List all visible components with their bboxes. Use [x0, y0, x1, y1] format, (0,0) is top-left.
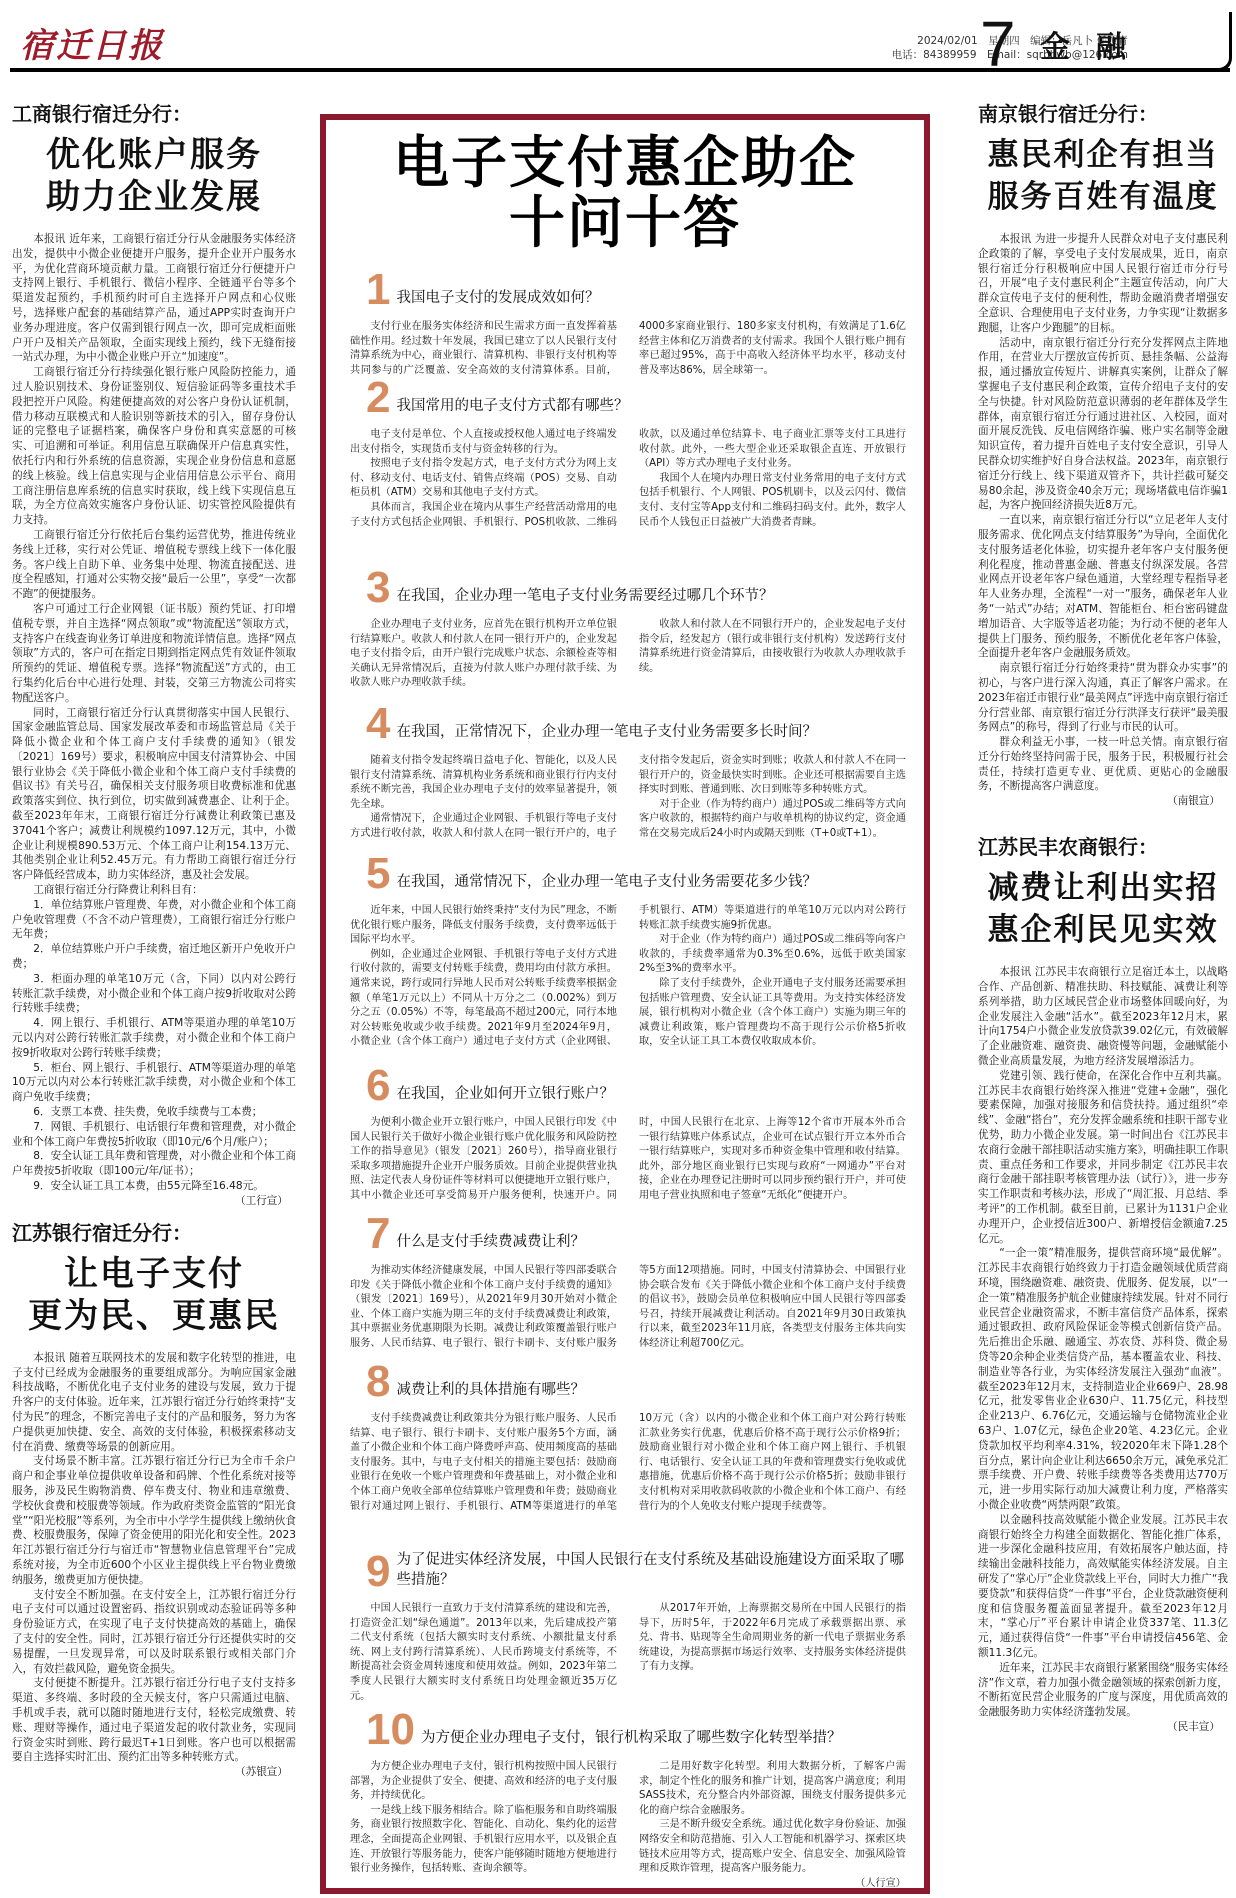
qa-item-3: 3在我国，企业办理一笔电子支付业务需要经过哪几个环节？ 企业办理电子支付业务，应…: [350, 568, 906, 691]
masthead: 宿迁日报 2024/02/01 星期四 编辑：岳凡卜 任照青 电话：843899…: [0, 0, 1236, 80]
left-column: 工商银行宿迁分行： 优化账户服务 助力企业发展 本报讯 近年来，工商银行宿迁分行…: [12, 100, 296, 1780]
qa-item-1: 1我国电子支付的发展成效如何？ 支付行业在服务实体经济和民生需求方面一直发挥着基…: [350, 270, 906, 378]
qa-question: 在我国，通常情况下，企业办理一笔电子支付业务需要花多少钱？: [396, 872, 817, 894]
qa-answer: 随着支付指令发起终端日益电子化、智能化，以及人民银行支付清算系统、清算机构业务系…: [350, 754, 906, 842]
qa-item-7: 7什么是支付手续费减费让利？ 为推动实体经济健康发展，中国人民银行等四部委联合印…: [350, 1214, 906, 1352]
qa-question: 减费让利的具体措施有哪些？: [396, 1380, 585, 1402]
qa-item-2: 2我国常用的电子支付方式都有哪些？ 电子支付是单位、个人直接或授权他人通过电子终…: [350, 378, 906, 530]
feature-qa-box: 电子支付惠企助企 十问十答 1我国电子支付的发展成效如何？ 支付行业在服务实体经…: [320, 114, 930, 1894]
article-headline: 优化账户服务 助力企业发展: [12, 134, 296, 218]
qa-number: 9: [366, 1552, 390, 1592]
qa-number: 4: [366, 704, 390, 744]
qa-question: 在我国，企业办理一笔电子支付业务需要经过哪几个环节？: [396, 586, 773, 608]
article-credit: （工行宣）: [12, 1194, 296, 1209]
article-kicker: 工商银行宿迁分行：: [12, 100, 296, 128]
article-headline: 惠民利企有担当 服务百姓有温度: [978, 134, 1228, 218]
qa-question: 什么是支付手续费减费让利？: [396, 1232, 585, 1254]
qa-item-8: 8减费让利的具体措施有哪些？ 支付手续费减费让利政策共分为银行账户服务、人民币结…: [350, 1362, 906, 1514]
feature-title: 电子支付惠企助企 十问十答: [326, 134, 924, 254]
qa-item-6: 6在我国，企业如何开立银行账户？ 为便利小微企业开立银行账户，中国人民银行印发《…: [350, 1066, 906, 1204]
qa-question: 我国常用的电子支付方式都有哪些？: [396, 396, 628, 418]
qa-number: 10: [366, 1710, 415, 1750]
qa-answer: 支付手续费减费让利政策共分为银行账户服务、人民币结算、电子银行、银行卡刷卡、支付…: [350, 1412, 906, 1514]
qa-item-10: 10为方便企业办理电子支付，银行机构采取了哪些数字化转型举措？ 为方便企业办理电…: [350, 1710, 906, 1891]
article-headline: 让电子支付 更为民、更惠民: [12, 1253, 296, 1337]
article-headline: 减费让利出实招 惠企利民见实效: [978, 867, 1228, 951]
qa-question: 我国电子支付的发展成效如何？: [396, 288, 599, 310]
qa-number: 7: [366, 1214, 390, 1254]
qa-question: 为了促进实体经济发展，中国人民银行在支付系统及基础设施建设方面采取了哪些措施？: [396, 1550, 906, 1592]
qa-item-4: 4在我国，正常情况下，企业办理一笔电子支付业务需要多长时间？ 随着支付指令发起终…: [350, 704, 906, 842]
header-corner-decoration: [1214, 12, 1232, 72]
qa-answer: 近年来，中国人民银行始终秉持“支付为民”理念，不断优化银行账户服务，降低支付服务…: [350, 904, 906, 1050]
qa-answer: 电子支付是单位、个人直接或授权他人通过电子终端发出支付指令，实现货币支付与资金转…: [350, 428, 906, 530]
newspaper-logo: 宿迁日报: [20, 18, 164, 67]
article-icbc: 工商银行宿迁分行： 优化账户服务 助力企业发展 本报讯 近年来，工商银行宿迁分行…: [12, 100, 296, 1209]
article-kicker: 南京银行宿迁分行：: [978, 100, 1228, 128]
qa-question: 在我国，企业如何开立银行账户？: [396, 1084, 614, 1106]
qa-number: 1: [366, 270, 390, 310]
article-credit: （民丰宣）: [978, 1720, 1228, 1735]
qa-answer: 支付行业在服务实体经济和民生需求方面一直发挥着基础性作用。经过数十年发展，我国已…: [350, 320, 906, 378]
article-body: 本报讯 随着互联网技术的发展和数字化转型的推进，电子支付已经成为金融服务的重要组…: [12, 1351, 296, 1765]
article-kicker: 江苏银行宿迁分行：: [12, 1219, 296, 1247]
article-credit: （南银宣）: [978, 794, 1228, 809]
article-kicker: 江苏民丰农商银行：: [978, 833, 1228, 861]
article-jiangsu-bank: 江苏银行宿迁分行： 让电子支付 更为民、更惠民 本报讯 随着互联网技术的发展和数…: [12, 1219, 296, 1780]
qa-item-9: 9为了促进实体经济发展，中国人民银行在支付系统及基础设施建设方面采取了哪些措施？…: [350, 1550, 906, 1704]
section-name: 金融: [1040, 22, 1152, 66]
qa-answer: 企业办理电子支付业务，应首先在银行机构开立单位银行结算账户。收款人和付款人在同一…: [350, 618, 906, 691]
qa-number: 8: [366, 1362, 390, 1402]
article-credit: （苏银宣）: [12, 1765, 296, 1780]
qa-question: 为方便企业办理电子支付，银行机构采取了哪些数字化转型举措？: [421, 1728, 842, 1750]
qa-answer: 为推动实体经济健康发展，中国人民银行等四部委联合印发《关于降低小微企业和个体工商…: [350, 1264, 906, 1352]
qa-question: 在我国，正常情况下，企业办理一笔电子支付业务需要多长时间？: [396, 722, 817, 744]
qa-number: 3: [366, 568, 390, 608]
header-rule-divider: [10, 68, 1230, 72]
page-number: 7: [980, 12, 1016, 76]
qa-answer: 中国人民银行一直致力于支付清算系统的建设和完善，打造资金汇划“绿色通道”。201…: [350, 1602, 906, 1704]
qa-number: 5: [366, 854, 390, 894]
right-column: 南京银行宿迁分行： 惠民利企有担当 服务百姓有温度 本报讯 为进一步提升人民群众…: [978, 100, 1228, 1735]
article-body: 本报讯 为进一步提升人民群众对电子支付惠民利企政策的了解，享受电子支付发展成果，…: [978, 232, 1228, 794]
article-credit: （人行宣）: [639, 1877, 906, 1892]
qa-item-5: 5在我国，通常情况下，企业办理一笔电子支付业务需要花多少钱？ 近年来，中国人民银…: [350, 854, 906, 1050]
qa-number: 2: [366, 378, 390, 418]
qa-answer: 为便利小微企业开立银行账户，中国人民银行印发《中国人民银行关于做好小微企业银行账…: [350, 1116, 906, 1204]
qa-number: 6: [366, 1066, 390, 1106]
article-nanjing-bank: 南京银行宿迁分行： 惠民利企有担当 服务百姓有温度 本报讯 为进一步提升人民群众…: [978, 100, 1228, 809]
qa-answer: 为方便企业办理电子支付，银行机构按照中国人民银行部署，为企业提供了安全、便捷、高…: [350, 1760, 906, 1891]
article-body: 本报讯 江苏民丰农商银行立足宿迁本土，以战略合作、产品创新、精准扶助、科技赋能、…: [978, 965, 1228, 1720]
article-minfeng-bank: 江苏民丰农商银行： 减费让利出实招 惠企利民见实效 本报讯 江苏民丰农商银行立足…: [978, 833, 1228, 1735]
article-body: 本报讯 近年来，工商银行宿迁分行从金融服务实体经济出发，提供中小微企业便捷开户服…: [12, 232, 296, 1194]
